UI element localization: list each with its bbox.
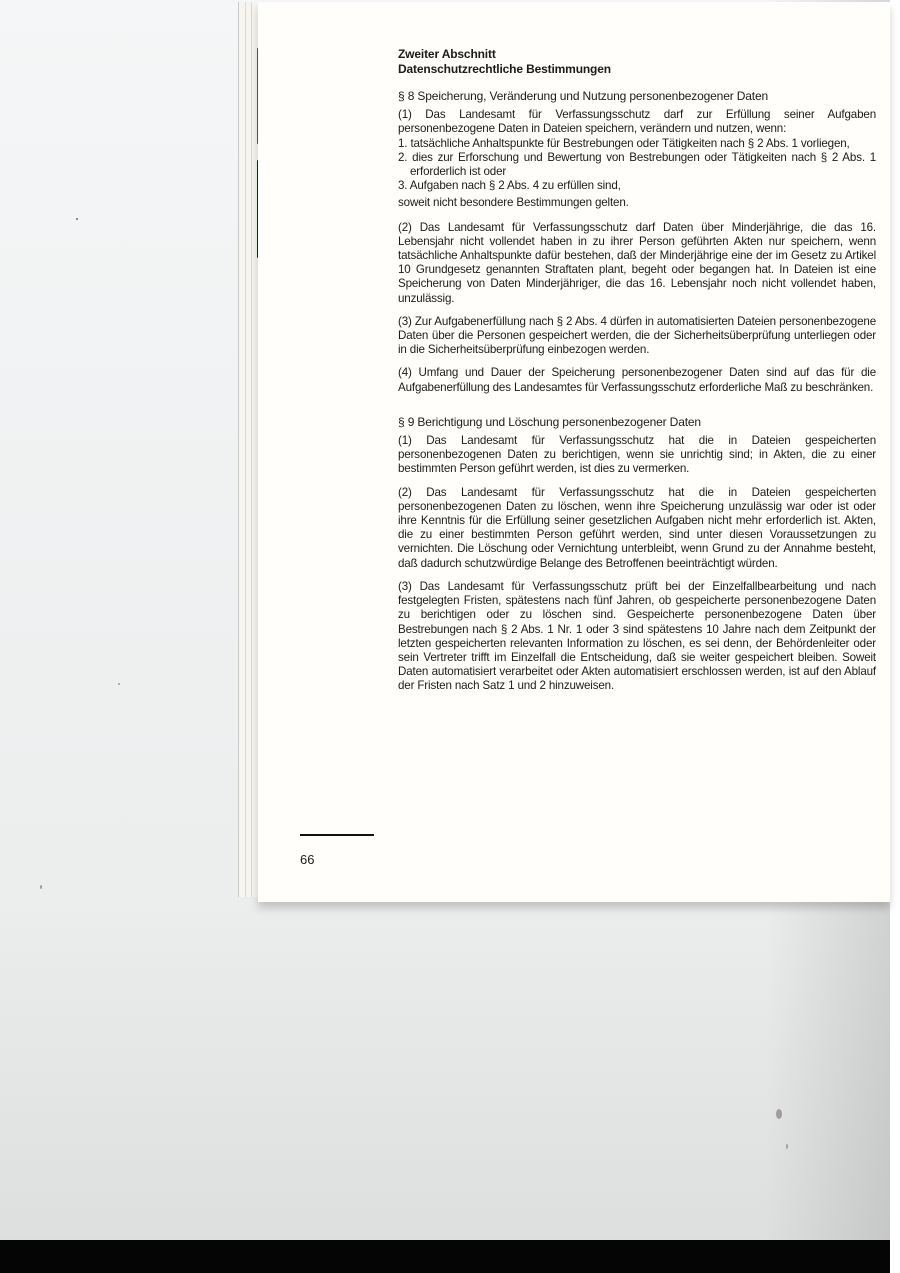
page-content: Zweiter Abschnitt Datenschutzrechtliche …: [398, 47, 876, 703]
page-number: 66: [300, 852, 314, 867]
scan-bottom-strip: [0, 1240, 890, 1273]
paragraph-9-subsection-3: (3) Das Landesamt für Verfassungsschutz …: [398, 580, 876, 694]
list-item: 2. dies zur Erforschung und Bewertung vo…: [398, 151, 876, 179]
paragraph-8-subsection-3: (3) Zur Aufgabenerfüllung nach § 2 Abs. …: [398, 315, 876, 358]
paragraph-8-title: § 8 Speicherung, Veränderung und Nutzung…: [398, 89, 876, 103]
paragraph-9-subsection-1: (1) Das Landesamt für Verfassungsschutz …: [398, 434, 876, 477]
dust-speck: [776, 1109, 782, 1119]
dust-speck: [76, 218, 78, 220]
condition-list: 1. tatsächliche Anhaltspunkte für Bestre…: [398, 137, 876, 194]
paragraph-9-title: § 9 Berichtigung und Löschung personenbe…: [398, 415, 876, 429]
list-item: 1. tatsächliche Anhaltspunkte für Bestre…: [398, 137, 876, 151]
subsection-intro: (1) Das Landesamt für Verfassungsschutz …: [398, 108, 876, 136]
list-item: 3. Aufgaben nach § 2 Abs. 4 zu erfüllen …: [398, 179, 876, 193]
dust-speck: [786, 1144, 788, 1149]
dust-speck: [118, 683, 120, 685]
paragraph-8-subsection-4: (4) Umfang und Dauer der Speicherung per…: [398, 366, 876, 394]
section-heading: Zweiter Abschnitt: [398, 47, 876, 62]
scan-right-edge: [890, 0, 900, 1273]
paragraph-8-subsection-2: (2) Das Landesamt für Verfassungsschutz …: [398, 221, 876, 306]
section-subtitle: Datenschutzrechtliche Bestimmungen: [398, 62, 876, 77]
footer-rule: [300, 834, 374, 836]
paragraph-9-subsection-2: (2) Das Landesamt für Verfassungsschutz …: [398, 486, 876, 571]
page-edge-line: [251, 2, 252, 897]
book-page: Zweiter Abschnitt Datenschutzrechtliche …: [258, 2, 890, 902]
paragraph-8-subsection-1: (1) Das Landesamt für Verfassungsschutz …: [398, 108, 876, 210]
dust-speck: [40, 885, 42, 889]
subsection-tail: soweit nicht besondere Bestimmungen gelt…: [398, 196, 876, 210]
page-edge-line: [245, 2, 246, 897]
